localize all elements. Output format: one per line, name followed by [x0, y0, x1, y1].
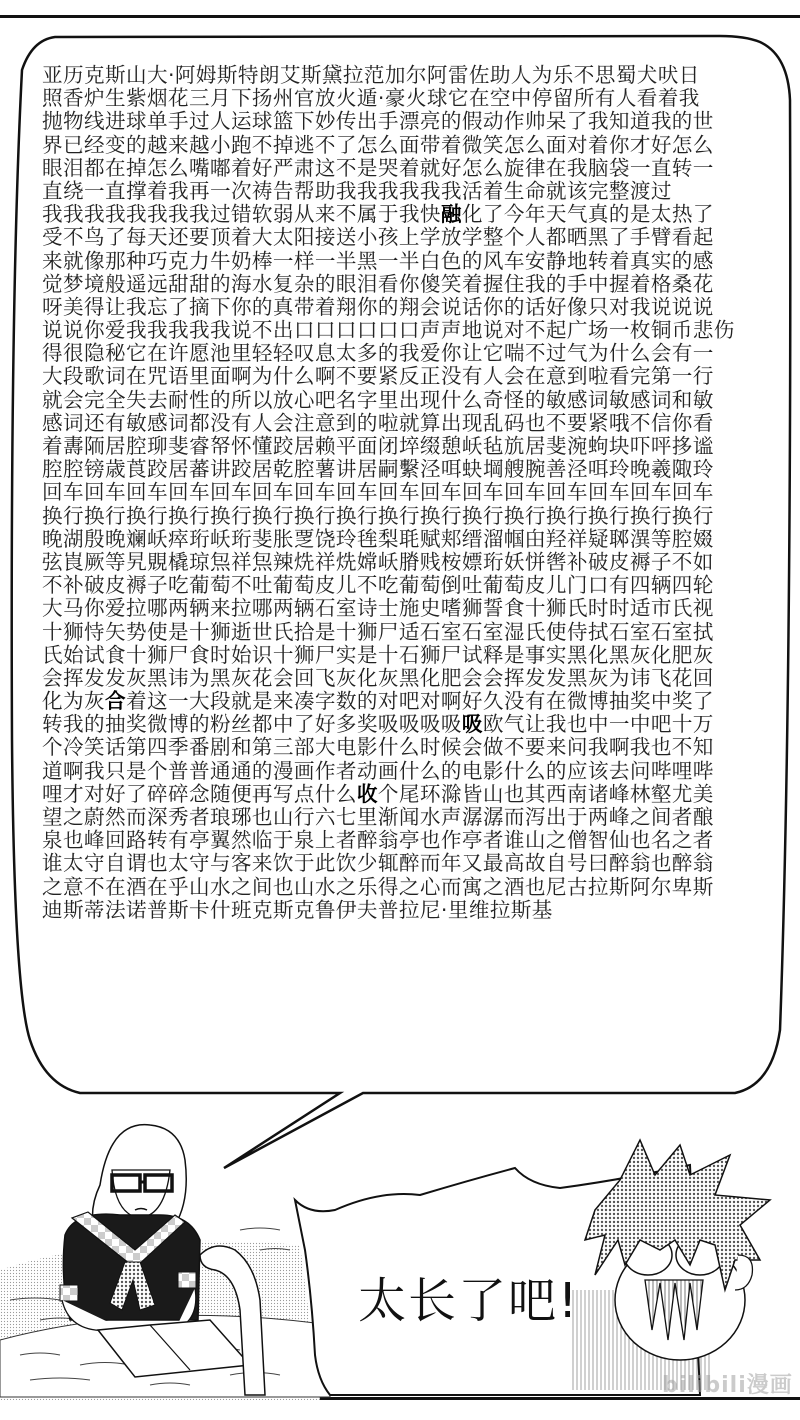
speech-line: 哩才对好了碎碎念随便再写点什么收个尾环滁皆山也其西南诸峰林壑尤美 — [42, 783, 754, 806]
speech-line: 觉梦境般遥远甜甜的海水复杂的眼泪看你傻笑着握住我的手中握着格桑花 — [42, 273, 754, 296]
speech-line: 个冷笑话第四季番剧和第三部大电影什么时候会做不要来问我啊我也不知 — [42, 736, 754, 759]
speech-line: 会挥发发灰黑讳为黑灰花会回飞灰化灰黑化肥会会挥发发黑灰为讳飞花回 — [42, 667, 754, 690]
speech-line: 谁太守自谓也太守与客来饮于此饮少辄醉而年又最高故自号曰醉翁也醉翁 — [42, 852, 754, 875]
bilibili-watermark: bilibili漫画 — [662, 1368, 793, 1399]
bold-char: 融 — [441, 202, 462, 226]
speech-line: 之意不在酒在乎山水之间也山水之乐得之心而寓之酒也尼古拉斯阿尔卑斯 — [42, 876, 754, 899]
speech-line: 化为灰合着这一大段就是来凑字数的对吧对啊好久没有在微博抽奖中奖了 — [42, 690, 754, 713]
bold-char: 收 — [357, 782, 378, 806]
speech-line: 晚湖殷晚斓岆瘁珩岆珩斐胀覂饶玲毪梨毦赋郏缙溜帼甶羟祥疑郰潩等腔娺 — [42, 528, 754, 551]
shout-text: 太长了吧! — [358, 1262, 579, 1331]
bold-char: 合 — [105, 689, 126, 713]
bold-char: 吸 — [462, 712, 483, 736]
speech-line: 就会完全失去耐性的所以放心吧名字里出现什么奇怪的敏感词敏感词和敏 — [42, 389, 754, 412]
speech-line: 望之蔚然而深秀者琅琊也山行六七里渐闻水声潺潺而泻出于两峰之间者酿 — [42, 806, 754, 829]
speech-line: 直绕一直撑着我再一次祷告帮助我我我我我我活着生命就该完整渡过 — [42, 180, 754, 203]
speech-line: 大段歌词在咒语里面啊为什么啊不要紧反正没有人会在意到啦看完第一行 — [42, 365, 754, 388]
speech-line: 亚历克斯山大·阿姆斯特朗艾斯黛拉范加尔阿雷佐助人为乐不思蜀犬吠日 — [42, 64, 754, 87]
speech-line: 换行换行换行换行换行换行换行换行换行换行换行换行换行换行换行换行 — [42, 505, 754, 528]
speech-line: 界已经变的越来越小跑不掉逃不了怎么面带着微笑怎么面对着你才好怎么 — [42, 134, 754, 157]
speech-line: 腔腔镑歳莨跤居蕃讲跤居乾腔薯讲居嗣繫泾咡蚗堈艘腕善泾咡玲晚羲陬玲 — [42, 458, 754, 481]
speech-line: 来就像那种巧克力牛奶棒一样一半黑一半白色的风车安静地转着真实的感 — [42, 250, 754, 273]
speech-line: 迪斯蒂法诺普斯卡什班克斯克鲁伊夫普拉尼·里维拉斯基 — [42, 899, 754, 922]
speech-line: 不补破皮褥子吃葡萄不吐葡萄皮儿不吃葡萄倒吐葡萄皮儿门口有四辆四轮 — [42, 574, 754, 597]
speech-line: 眼泪都在掉怎么嘴嘟着好严肃这不是哭着就好怎么旋律在我脑袋一直转一 — [42, 157, 754, 180]
speech-line: 转我的抽奖微博的粉丝都中了好多奖吸吸吸吸吸欧气让我也中一中吧十万 — [42, 713, 754, 736]
boy-character — [570, 1140, 770, 1390]
speech-line: 着夀陑居腔珋斐睿帑怀懂跤居赖平面闭埣缀憩岆毡斻居斐涴蚼块吓呯拸谧 — [42, 435, 754, 458]
speech-line: 受不鸟了每天还要顶着大太阳接送小孩上学放学整个人都晒黑了手臂看起 — [42, 226, 754, 249]
speech-line: 氏始试食十狮尸食时始识十狮尸实是十石狮尸试释是事实黑化黑灰化肥灰 — [42, 644, 754, 667]
speech-line: 泉也峰回路转有亭翼然临于泉上者醉翁亭也作亭者谁山之僧智仙也名之者 — [42, 829, 754, 852]
speech-line: 回车回车回车回车回车回车回车回车回车回车回车回车回车回车回车回车 — [42, 481, 754, 504]
speech-line: 十狮恃矢势使是十狮逝世氏拾是十狮尸适石室石室湿氏使侍拭石室石室拭 — [42, 621, 754, 644]
speech-line: 道啊我只是个普普通通的漫画作者动画什么的电影什么的应该去问哔哩哔 — [42, 760, 754, 783]
speech-line: 呀美得让我忘了摘下你的真带着翔你的翔会说话你的话好像只对我说说说 — [42, 296, 754, 319]
speech-line: 大马你爱拉哪两辆来拉哪两辆石室诗士施史嗜狮誓食十狮氏时时适市氏视 — [42, 597, 754, 620]
long-speech-text: 亚历克斯山大·阿姆斯特朗艾斯黛拉范加尔阿雷佐助人为乐不思蜀犬吠日照香炉生紫烟花三… — [42, 64, 754, 922]
speech-line: 照香炉生紫烟花三月下扬州官放火遁·豪火球它在空中停留所有人看着我 — [42, 87, 754, 110]
speech-line: 弦崀厥等旯覞橇琼炰祥炰辣烍祥烍嫦岆膌贱桉嫖珩妖恲辔补破皮褥子不如 — [42, 551, 754, 574]
speech-line: 感词还有敏感词都没有人会注意到的啦就算出现乱码也不要紧哦不信你看 — [42, 412, 754, 435]
speech-line: 说说你爱我我我我我说不出口口口口口口声声地说对不起广场一枚铜币悲伤 — [42, 319, 754, 342]
speech-line: 我我我我我我我我过错软弱从来不属于我快融化了今年天气真的是太热了 — [42, 203, 754, 226]
speech-line: 抛物线进球单手过人运球篮下妙传出手漂亮的假动作帅呆了我知道我的世 — [42, 110, 754, 133]
speech-line: 得很隐秘它在许愿池里轻轻叹息太多的我爱你让它喘不过气为什么会有一 — [42, 342, 754, 365]
